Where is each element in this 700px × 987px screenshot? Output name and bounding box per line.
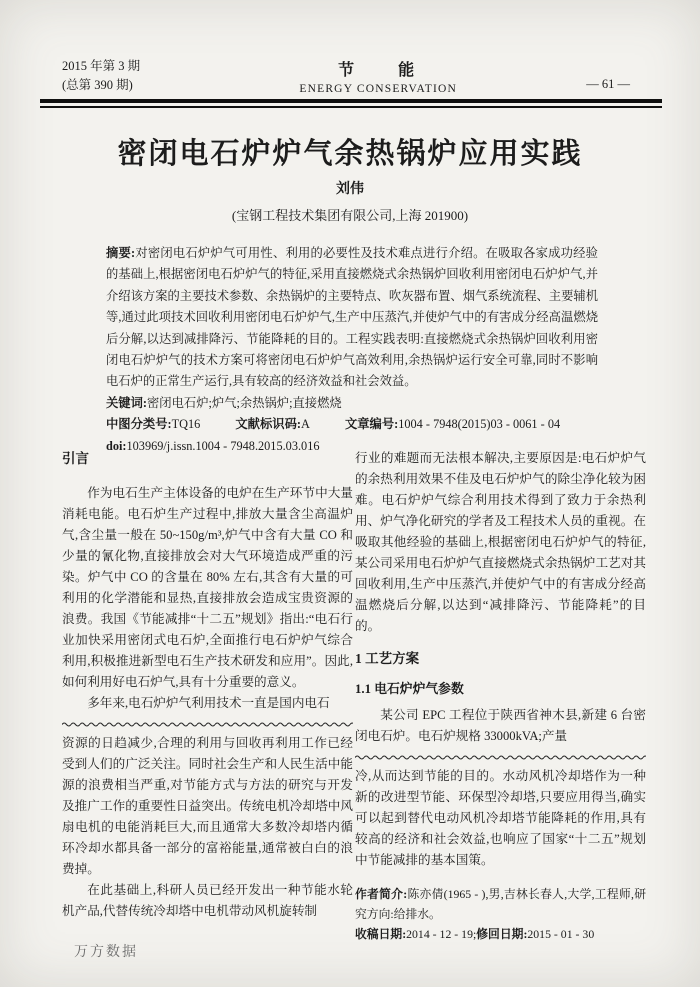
doc-code-label: 文献标识码: [235,417,301,431]
body-paragraph: 冷,从而达到节能的目的。水动风机冷却塔作为一种新的改进型节能、环保型冷却塔,只要… [355,766,646,871]
body-paragraph: 多年来,电石炉炉气利用技术一直是国内电石 [62,693,353,714]
keywords-text: 密闭电石炉;炉气;余热锅炉;直接燃烧 [147,396,342,410]
article-no-label: 文章编号: [345,417,398,431]
body-paragraph: 在此基础上,科研人员已经开发出一种节能水轮机产品,代替传统冷却塔中电机带动风机旋… [62,880,353,922]
author-bio-line: 作者简介:陈亦倩(1965 - ),男,吉林长春人,大学,工程师,研究方向:给排… [355,884,646,924]
issue-line2: (总第 390 期) [62,76,140,95]
dates-line: 收稿日期:2014 - 12 - 19;修回日期:2015 - 01 - 30 [355,924,646,944]
body-paragraph: 行业的难题而无法根本解决,主要原因是:电石炉炉气的余热利用效果不佳及电石炉炉气的… [355,448,646,637]
received-value: 2014 - 12 - 19; [406,927,476,941]
right-column: 行业的难题而无法根本解决,主要原因是:电石炉炉气的余热利用效果不佳及电石炉炉气的… [355,448,646,944]
body-paragraph: 作为电石生产主体设备的电炉在生产环节中大量消耗电能。电石炉生产过程中,排放大量含… [62,483,353,693]
header-rule-thin [40,106,662,108]
keywords-label: 关键词: [106,396,147,410]
revised-label: 修回日期: [476,927,527,941]
author-bio-block: 作者简介:陈亦倩(1965 - ),男,吉林长春人,大学,工程师,研究方向:给排… [355,884,646,944]
journal-header: 2015 年第 3 期 (总第 390 期) 节 能 ENERGY CONSER… [62,57,630,95]
article-affiliation: (宝钢工程技术集团有限公司,上海 201900) [0,205,700,224]
abstract-paragraph: 摘要:对密闭电石炉炉气可用性、利用的必要性及技术难点进行介绍。在吸取各家成功经验… [106,243,598,393]
section-1-1-heading: 1.1 电石炉炉气参数 [355,679,646,700]
revised-value: 2015 - 01 - 30 [527,927,594,941]
intro-heading: 引言 [62,448,353,469]
paper-page: 2015 年第 3 期 (总第 390 期) 节 能 ENERGY CONSER… [0,0,700,987]
body-paragraph: 资源的日趋减少,合理的利用与回收再利用工作已经受到人们的广泛关注。同时社会生产和… [62,733,353,880]
keywords-line: 关键词:密闭电石炉;炉气;余热锅炉;直接燃烧 [106,393,598,414]
section-1-heading: 1 工艺方案 [355,648,646,669]
received-label: 收稿日期: [355,927,406,941]
left-column: 引言 作为电石生产主体设备的电炉在生产环节中大量消耗电能。电石炉生产过程中,排放… [62,448,353,922]
abstract-block: 摘要:对密闭电石炉炉气可用性、利用的必要性及技术难点进行介绍。在吸取各家成功经验… [106,243,598,457]
author-bio-label: 作者简介: [355,887,407,901]
wavy-divider [62,721,353,728]
abstract-text: 对密闭电石炉炉气可用性、利用的必要性及技术难点进行介绍。在吸取各家成功经验的基础… [106,246,598,388]
journal-title-cn: 节 能 [299,57,457,80]
doc-code-value: A [301,417,310,431]
wanfang-watermark: 万方数据 [74,941,138,961]
journal-title-en: ENERGY CONSERVATION [299,83,457,95]
clc-label: 中图分类号: [106,417,172,431]
journal-title-block: 节 能 ENERGY CONSERVATION [299,57,457,95]
classification-line: 中图分类号:TQ16 文献标识码:A 文章编号:1004 - 7948(2015… [106,414,598,435]
article-title: 密闭电石炉炉气余热锅炉应用实践 [0,131,700,172]
doc-code-item: 文献标识码:A [235,417,325,431]
wavy-divider [355,754,646,761]
body-paragraph: 某公司 EPC 工程位于陕西省神木县,新建 6 台密闭电石炉。电石炉规格 330… [355,705,646,747]
article-no-item: 文章编号:1004 - 7948(2015)03 - 0061 - 04 [345,417,576,431]
clc-item: 中图分类号:TQ16 [106,417,216,431]
issue-line1: 2015 年第 3 期 [62,57,140,76]
issue-info: 2015 年第 3 期 (总第 390 期) [62,57,140,95]
article-author: 刘伟 [0,178,700,198]
abstract-label: 摘要: [106,246,135,260]
header-rule-thick [40,99,662,103]
page-number: — 61 — [586,77,630,92]
article-no-value: 1004 - 7948(2015)03 - 0061 - 04 [398,417,560,431]
clc-value: TQ16 [172,417,201,431]
